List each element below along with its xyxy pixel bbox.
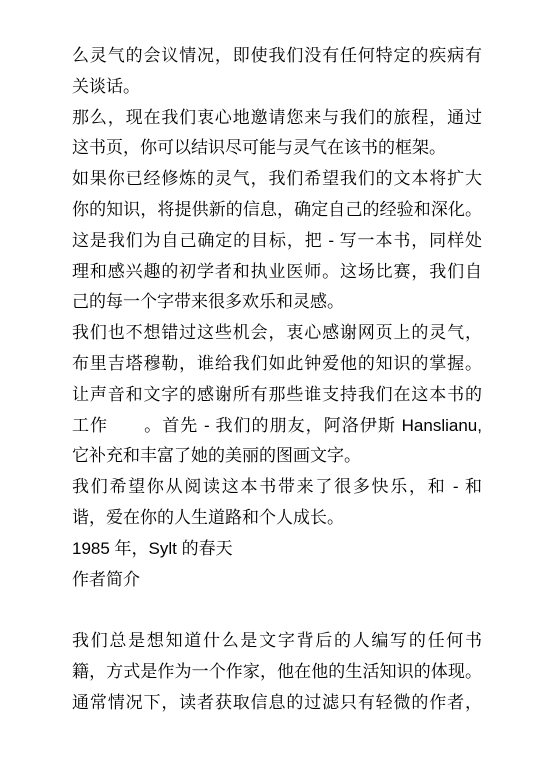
text-line: 它补充和丰富了她的美丽的图画文字。 xyxy=(72,441,482,472)
text-line: 籍，方式是作为一个作家，他在他的生活知识的体现。 xyxy=(72,657,482,688)
text-line xyxy=(72,595,482,626)
text-line: 作者简介 xyxy=(72,565,482,596)
text-content: 么灵气的会议情况，即使我们没有任何特定的疾病有关谈话。那么，现在我们衷心地邀请您… xyxy=(72,41,482,719)
text-line: 关谈话。 xyxy=(72,72,482,103)
text-line: 我们希望你从阅读这本书带来了很多快乐，和 - 和 xyxy=(72,472,482,503)
text-line: 工作 。首先 - 我们的朋友，阿洛伊斯 Hanslianu, xyxy=(72,411,482,442)
text-line: 1985 年，Sylt 的春天 xyxy=(72,534,482,565)
text-line: 谐，爱在你的人生道路和个人成长。 xyxy=(72,503,482,534)
text-line: 我们总是想知道什么是文字背后的人编写的任何书 xyxy=(72,626,482,657)
text-line: 这书页，你可以结识尽可能与灵气在该书的框架。 xyxy=(72,133,482,164)
text-line: 这是我们为自己确定的目标，把 - 写一本书，同样处 xyxy=(72,226,482,257)
text-line: 么灵气的会议情况，即使我们没有任何特定的疾病有 xyxy=(72,41,482,72)
text-line: 布里吉塔穆勒，谁给我们如此钟爱他的知识的掌握。 xyxy=(72,349,482,380)
text-line: 理和感兴趣的初学者和执业医师。这场比赛，我们自 xyxy=(72,257,482,288)
text-line: 通常情况下，读者获取信息的过滤只有轻微的作者， xyxy=(72,688,482,719)
text-line: 你的知识，将提供新的信息，确定自己的经验和深化。 xyxy=(72,195,482,226)
document-page: 么灵气的会议情况，即使我们没有任何特定的疾病有关谈话。那么，现在我们衷心地邀请您… xyxy=(0,0,552,759)
text-line: 让声音和文字的感谢所有那些谁支持我们在这本书的 xyxy=(72,380,482,411)
text-line: 己的每一个字带来很多欢乐和灵感。 xyxy=(72,287,482,318)
text-line: 那么，现在我们衷心地邀请您来与我们的旅程，通过 xyxy=(72,103,482,134)
text-line: 如果你已经修炼的灵气，我们希望我们的文本将扩大 xyxy=(72,164,482,195)
text-line: 我们也不想错过这些机会，衷心感谢网页上的灵气， xyxy=(72,318,482,349)
